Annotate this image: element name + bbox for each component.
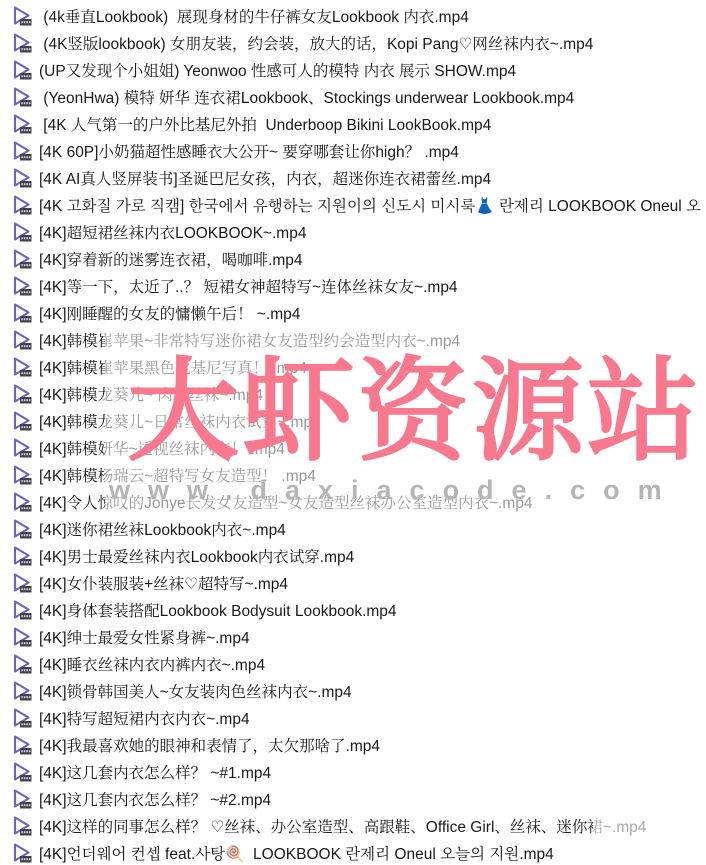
file-name: [4K]穿着新的迷雾连衣裙，喝咖啡.mp4 (39, 248, 303, 270)
file-list-item[interactable]: (YeonHwa) 模特 妍华 连衣裙Lookbook、Stockings un… (0, 83, 706, 110)
video-file-icon (11, 59, 32, 80)
file-list-item[interactable]: [4K]韩模杨瑞云~超特写女友造型！ .mp4 (0, 461, 706, 488)
file-name: (YeonHwa) 模特 妍华 连衣裙Lookbook、Stockings un… (39, 86, 574, 108)
file-name: [4K]我最喜欢她的眼神和表情了，太欠那啥了.mp4 (39, 734, 380, 756)
file-list-item[interactable]: [4K 60P]小奶猫超性感睡衣大公开~ 要穿哪套让你high？ .mp4 (0, 137, 706, 164)
video-file-icon (11, 491, 32, 512)
video-file-icon (11, 275, 32, 296)
video-file-icon (11, 248, 32, 269)
file-list-item[interactable]: [4K]特写超短裙内衣内衣~.mp4 (0, 704, 706, 731)
file-name: [4K]这几套内衣怎么样？ ~#2.mp4 (39, 788, 271, 810)
file-name: [4K]韩模龙葵儿~ 肉色丝袜~.mp4 (39, 383, 263, 405)
file-name: [4K]锁骨韩国美人~女友装肉色丝袜内衣~.mp4 (39, 680, 352, 702)
video-file-icon (11, 86, 32, 107)
video-file-icon (11, 545, 32, 566)
file-list-item[interactable]: [4K]锁骨韩国美人~女友装肉色丝袜内衣~.mp4 (0, 677, 706, 704)
file-list-item[interactable]: [4K]这几套内衣怎么样？ ~#1.mp4 (0, 758, 706, 785)
file-browser-screen: (4k垂直Lookbook) 展现身材的牛仔裤女友Lookbook 内衣.mp4… (0, 0, 706, 865)
file-list-item[interactable]: [4K]女仆装服装+丝袜♡超特写~.mp4 (0, 569, 706, 596)
video-file-icon (11, 383, 32, 404)
file-list-item[interactable]: [4K AI真人竖屏装书]圣诞巴尼女孩，内衣，超迷你连衣裙蕾丝.mp4 (0, 164, 706, 191)
file-name: [4K]等一下，太近了..？ 短裙女神超特写~连体丝袜女友~.mp4 (39, 275, 458, 297)
file-name: [4K]男士最爱丝袜内衣Lookbook内衣试穿.mp4 (39, 545, 354, 567)
file-list: (4k垂直Lookbook) 展现身材的牛仔裤女友Lookbook 内衣.mp4… (0, 2, 706, 865)
video-file-icon (11, 221, 32, 242)
video-file-icon (11, 653, 32, 674)
video-file-icon (11, 572, 32, 593)
video-file-icon (11, 815, 32, 836)
video-file-icon (11, 410, 32, 431)
file-name: [4K]韩模杨瑞云~超特写女友造型！ .mp4 (39, 464, 316, 486)
file-list-item[interactable]: (4k垂直Lookbook) 展现身材的牛仔裤女友Lookbook 内衣.mp4 (0, 2, 706, 29)
file-name: [4K]韩模崔苹果~非常特写迷你裙女友造型约会造型内衣~.mp4 (39, 329, 460, 351)
video-file-icon (11, 32, 32, 53)
file-name: (4K竖版lookbook) 女朋友装，约会装，放大的话，Kopi Pang♡网… (39, 32, 593, 54)
video-file-icon (11, 140, 32, 161)
file-name: (4k垂直Lookbook) 展现身材的牛仔裤女友Lookbook 内衣.mp4 (39, 5, 469, 27)
file-name: [4K]超短裙丝袜内衣LOOKBOOK~.mp4 (39, 221, 306, 243)
video-file-icon (11, 707, 32, 728)
file-list-item[interactable]: [4K]身体套装搭配Lookbook Bodysuit Lookbook.mp4 (0, 596, 706, 623)
file-list-item[interactable]: [4K]这样的同事怎么样？ ♡丝袜、办公室造型、高跟鞋、Office Girl、… (0, 812, 706, 839)
file-name: [4K]绅士最爱女性紧身裤~.mp4 (39, 626, 250, 648)
video-file-icon (11, 761, 32, 782)
video-file-icon (11, 113, 32, 134)
file-name: [4K]女仆装服装+丝袜♡超特写~.mp4 (39, 572, 288, 594)
file-name: [4K AI真人竖屏装书]圣诞巴尼女孩，内衣，超迷你连衣裙蕾丝.mp4 (39, 167, 491, 189)
file-list-item[interactable]: [4K]超短裙丝袜内衣LOOKBOOK~.mp4 (0, 218, 706, 245)
video-file-icon (11, 788, 32, 809)
file-name: [4K 60P]小奶猫超性感睡衣大公开~ 要穿哪套让你high？ .mp4 (39, 140, 459, 162)
file-list-item[interactable]: [4K]韩模崔苹果黑色比基尼写真！ .mp4 (0, 353, 706, 380)
file-name: [4K]令人惊叹的Jonye长发女友造型~女友造型丝袜办公室造型内衣~.mp4 (39, 491, 533, 513)
video-file-icon (11, 329, 32, 350)
video-file-icon (11, 167, 32, 188)
file-list-item[interactable]: [4K]韩模妍华~透视丝袜内衣！ .mp4 (0, 434, 706, 461)
file-name: [4K]这样的同事怎么样？ ♡丝袜、办公室造型、高跟鞋、Office Girl、… (39, 815, 646, 837)
file-list-item[interactable]: [4K]刚睡醒的女友的慵懒午后！ ~.mp4 (0, 299, 706, 326)
file-list-item[interactable]: [4K]令人惊叹的Jonye长发女友造型~女友造型丝袜办公室造型内衣~.mp4 (0, 488, 706, 515)
file-list-item[interactable]: [4K]韩模龙葵儿~ 肉色丝袜~.mp4 (0, 380, 706, 407)
file-name: [4K]特写超短裙内衣内衣~.mp4 (39, 707, 250, 729)
file-name: [4K]언더웨어 컨셉 feat.사탕🍭 LOOKBOOK 란제리 Oneul … (39, 842, 554, 864)
video-file-icon (11, 302, 32, 323)
file-list-item[interactable]: [4K 人气第一的户外比基尼外拍 Underboop Bikini LookBo… (0, 110, 706, 137)
file-list-item[interactable]: [4K]等一下，太近了..？ 短裙女神超特写~连体丝袜女友~.mp4 (0, 272, 706, 299)
file-name: [4K]睡衣丝袜内衣内裤内衣~.mp4 (39, 653, 265, 675)
file-list-item[interactable]: [4K 고화질 가로 직캠] 한국에서 유행하는 지원이의 신도시 미시룩👗 란… (0, 191, 706, 218)
file-name: (UP又发现个小姐姐) Yeonwoo 性感可人的模特 内衣 展示 SHOW.m… (39, 59, 516, 81)
file-name: [4K]韩模龙葵儿~日常丝袜内衣试穿~.mp4 (39, 410, 321, 432)
file-name: [4K]身体套装搭配Lookbook Bodysuit Lookbook.mp4 (39, 599, 397, 621)
video-file-icon (11, 734, 32, 755)
video-file-icon (11, 626, 32, 647)
file-name: [4K 고화질 가로 직캠] 한국에서 유행하는 지원이의 신도시 미시룩👗 란… (39, 194, 701, 216)
video-file-icon (11, 356, 32, 377)
file-list-item[interactable]: [4K]这几套内衣怎么样？ ~#2.mp4 (0, 785, 706, 812)
file-list-item[interactable]: [4K]睡衣丝袜内衣内裤内衣~.mp4 (0, 650, 706, 677)
file-name: [4K]这几套内衣怎么样？ ~#1.mp4 (39, 761, 271, 783)
file-list-item[interactable]: [4K]我最喜欢她的眼神和表情了，太欠那啥了.mp4 (0, 731, 706, 758)
file-list-item[interactable]: [4K]穿着新的迷雾连衣裙，喝咖啡.mp4 (0, 245, 706, 272)
file-list-item[interactable]: [4K]언더웨어 컨셉 feat.사탕🍭 LOOKBOOK 란제리 Oneul … (0, 839, 706, 865)
video-file-icon (11, 599, 32, 620)
file-name: [4K]迷你裙丝袜Lookbook内衣~.mp4 (39, 518, 286, 540)
video-file-icon (11, 194, 32, 215)
video-file-icon (11, 464, 32, 485)
video-file-icon (11, 437, 32, 458)
video-file-icon (11, 5, 32, 26)
video-file-icon (11, 842, 32, 863)
file-list-item[interactable]: (UP又发现个小姐姐) Yeonwoo 性感可人的模特 内衣 展示 SHOW.m… (0, 56, 706, 83)
file-name: [4K]韩模崔苹果黑色比基尼写真！ .mp4 (39, 356, 307, 378)
file-list-item[interactable]: (4K竖版lookbook) 女朋友装，约会装，放大的话，Kopi Pang♡网… (0, 29, 706, 56)
file-list-item[interactable]: [4K]迷你裙丝袜Lookbook内衣~.mp4 (0, 515, 706, 542)
video-file-icon (11, 518, 32, 539)
file-name: [4K]刚睡醒的女友的慵懒午后！ ~.mp4 (39, 302, 300, 324)
file-list-item[interactable]: [4K]绅士最爱女性紧身裤~.mp4 (0, 623, 706, 650)
file-name: [4K 人气第一的户外比基尼外拍 Underboop Bikini LookBo… (39, 113, 491, 135)
video-file-icon (11, 680, 32, 701)
file-list-item[interactable]: [4K]韩模崔苹果~非常特写迷你裙女友造型约会造型内衣~.mp4 (0, 326, 706, 353)
file-list-item[interactable]: [4K]韩模龙葵儿~日常丝袜内衣试穿~.mp4 (0, 407, 706, 434)
file-name: [4K]韩模妍华~透视丝袜内衣！ .mp4 (39, 437, 285, 459)
file-list-item[interactable]: [4K]男士最爱丝袜内衣Lookbook内衣试穿.mp4 (0, 542, 706, 569)
